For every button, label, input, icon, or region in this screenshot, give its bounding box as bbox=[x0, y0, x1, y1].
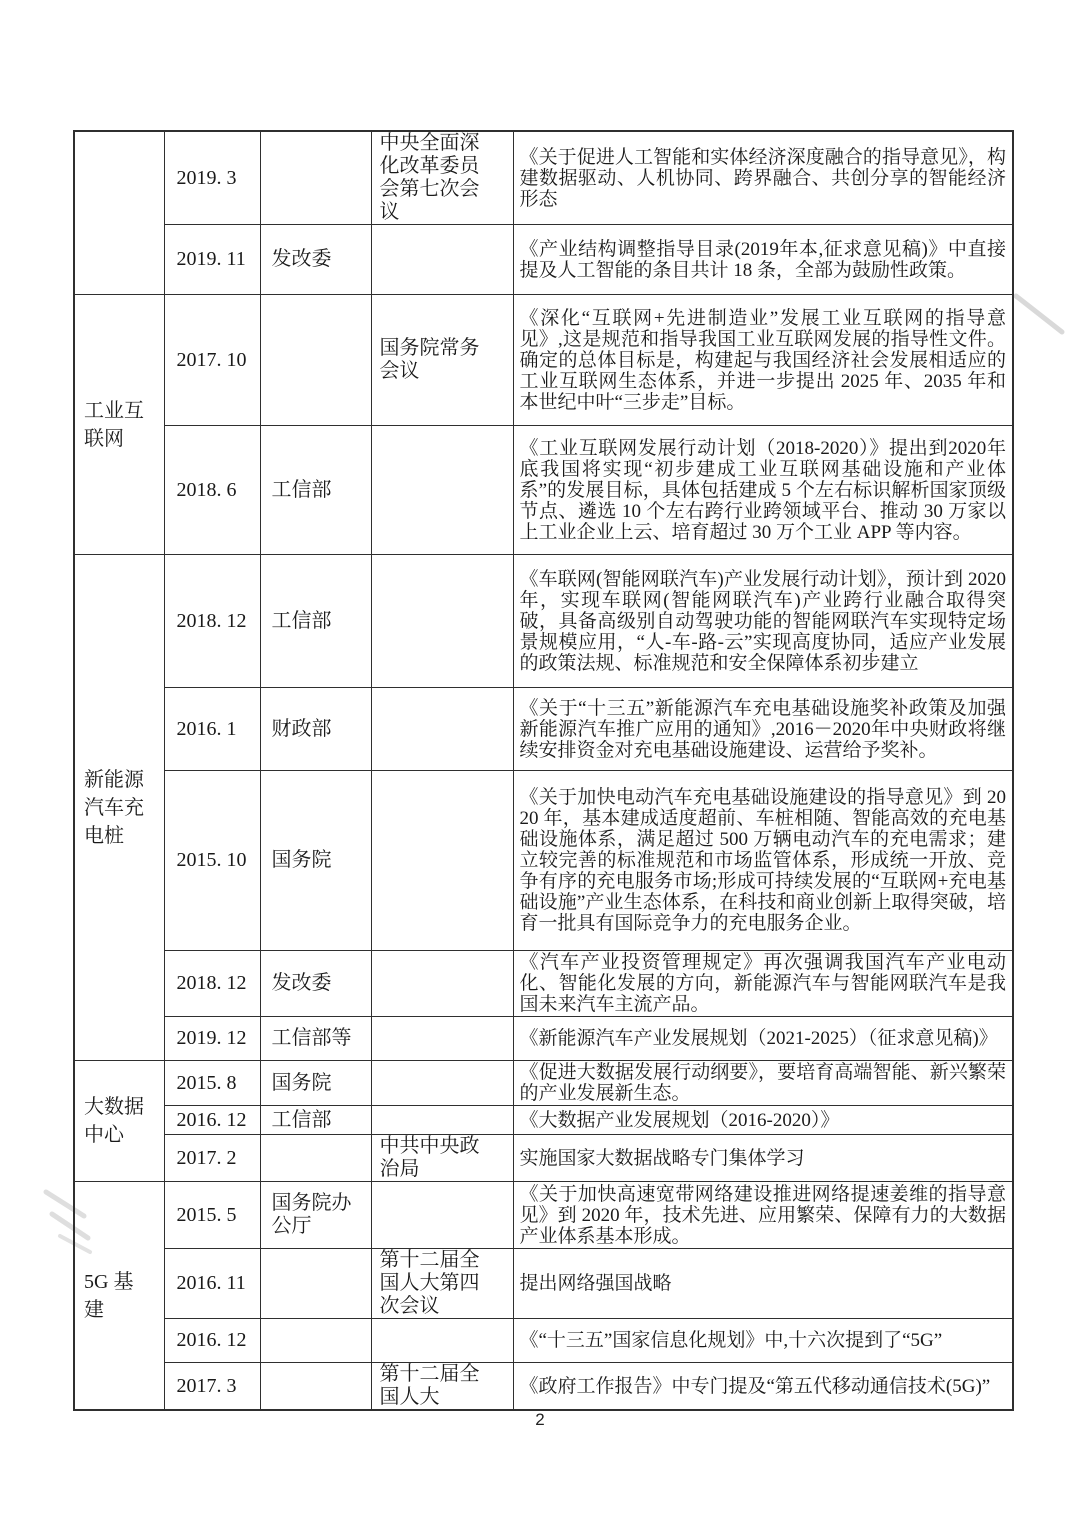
description-cell: 《关于促进人工智能和实体经济深度融合的指导意见》，构建数据驱动、人机协同、跨界融… bbox=[513, 131, 1013, 225]
agency-cell bbox=[260, 1363, 371, 1411]
agency-cell bbox=[260, 131, 371, 225]
meeting-cell bbox=[371, 1061, 513, 1106]
agency-cell: 工信部 bbox=[260, 555, 371, 688]
date-cell: 2019. 12 bbox=[164, 1017, 260, 1061]
meeting-cell bbox=[371, 1106, 513, 1135]
meeting-cell bbox=[371, 951, 513, 1017]
date-cell: 2016. 12 bbox=[164, 1319, 260, 1363]
date-cell: 2015. 8 bbox=[164, 1061, 260, 1106]
agency-cell: 国务院 bbox=[260, 771, 371, 951]
category-cell: 新能源 汽车充 电桩 bbox=[74, 555, 164, 1061]
description-cell: 提出网络强国战略 bbox=[513, 1249, 1013, 1319]
date-cell: 2015. 10 bbox=[164, 771, 260, 951]
date-cell: 2015. 5 bbox=[164, 1182, 260, 1249]
description-cell: 《政府工作报告》中专门提及“第五代移动通信技术(5G)” bbox=[513, 1363, 1013, 1411]
meeting-cell: 中央全面深 化改革委员 会第七次会 议 bbox=[371, 131, 513, 225]
agency-cell bbox=[260, 295, 371, 426]
description-cell: 《关于加快电动汽车充电基础设施建设的指导意见》到 2020 年，基本建成适度超前… bbox=[513, 771, 1013, 951]
description-cell: 《关于“十三五”新能源汽车充电基础设施奖补政策及加强新能源汽车推广应用的通知》,… bbox=[513, 688, 1013, 771]
table-row: 2016. 1 财政部 《关于“十三五”新能源汽车充电基础设施奖补政策及加强新能… bbox=[74, 688, 1013, 771]
meeting-cell bbox=[371, 1017, 513, 1061]
table-row: 2019. 12 工信部等 《新能源汽车产业发展规划（2021-2025）（征求… bbox=[74, 1017, 1013, 1061]
description-cell: 《关于加快高速宽带网络建设推进网络提速姜维的指导意见》到 2020 年，技术先进… bbox=[513, 1182, 1013, 1249]
policy-table: 2019. 3 中央全面深 化改革委员 会第七次会 议 《关于促进人工智能和实体… bbox=[73, 130, 1014, 1411]
description-cell: 《“十三五”国家信息化规划》中,十六次提到了“5G” bbox=[513, 1319, 1013, 1363]
date-cell: 2017. 3 bbox=[164, 1363, 260, 1411]
page-number: 2 bbox=[0, 1410, 1080, 1430]
agency-cell: 发改委 bbox=[260, 225, 371, 295]
table-row: 2018. 12 发改委 《汽车产业投资管理规定》再次强调我国汽车产业电动化、智… bbox=[74, 951, 1013, 1017]
table-row: 2019. 3 中央全面深 化改革委员 会第七次会 议 《关于促进人工智能和实体… bbox=[74, 131, 1013, 225]
meeting-cell: 第十二届全 国人大第四 次会议 bbox=[371, 1249, 513, 1319]
table-row: 2016. 11 第十二届全 国人大第四 次会议 提出网络强国战略 bbox=[74, 1249, 1013, 1319]
meeting-cell bbox=[371, 1182, 513, 1249]
table-row: 2018. 6 工信部 《工业互联网发展行动计划（2018-2020）》提出到2… bbox=[74, 426, 1013, 555]
agency-cell: 工信部等 bbox=[260, 1017, 371, 1061]
meeting-cell: 中共中央政 治局 bbox=[371, 1135, 513, 1182]
agency-cell: 财政部 bbox=[260, 688, 371, 771]
description-cell: 实施国家大数据战略专门集体学习 bbox=[513, 1135, 1013, 1182]
date-cell: 2019. 11 bbox=[164, 225, 260, 295]
agency-cell bbox=[260, 1135, 371, 1182]
table-row: 工业互 联网 2017. 10 国务院常务 会议 《深化“互联网+先进制造业”发… bbox=[74, 295, 1013, 426]
table-row: 2015. 10 国务院 《关于加快电动汽车充电基础设施建设的指导意见》到 20… bbox=[74, 771, 1013, 951]
date-cell: 2017. 2 bbox=[164, 1135, 260, 1182]
agency-cell: 工信部 bbox=[260, 1106, 371, 1135]
description-cell: 《促进大数据发展行动纲要》，要培育高端智能、新兴繁荣的产业发展新生态。 bbox=[513, 1061, 1013, 1106]
meeting-cell bbox=[371, 688, 513, 771]
table-row: 2017. 2 中共中央政 治局 实施国家大数据战略专门集体学习 bbox=[74, 1135, 1013, 1182]
table-row: 新能源 汽车充 电桩 2018. 12 工信部 《车联网(智能网联汽车)产业发展… bbox=[74, 555, 1013, 688]
date-cell: 2016. 11 bbox=[164, 1249, 260, 1319]
date-cell: 2016. 12 bbox=[164, 1106, 260, 1135]
description-cell: 《工业互联网发展行动计划（2018-2020）》提出到2020年底我国将实现“初… bbox=[513, 426, 1013, 555]
table-row: 大数据 中心 2015. 8 国务院 《促进大数据发展行动纲要》，要培育高端智能… bbox=[74, 1061, 1013, 1106]
description-cell: 《大数据产业发展规划（2016-2020）》 bbox=[513, 1106, 1013, 1135]
table-row: 2016. 12 《“十三五”国家信息化规划》中,十六次提到了“5G” bbox=[74, 1319, 1013, 1363]
meeting-cell bbox=[371, 555, 513, 688]
description-cell: 《产业结构调整指导目录(2019年本,征求意见稿)》中直接提及人工智能的条目共计… bbox=[513, 225, 1013, 295]
description-cell: 《车联网(智能网联汽车)产业发展行动计划》，预计到 2020 年，实现车联网(智… bbox=[513, 555, 1013, 688]
agency-cell: 国务院办 公厅 bbox=[260, 1182, 371, 1249]
description-cell: 《深化“互联网+先进制造业”发展工业互联网的指导意见》,这是规范和指导我国工业互… bbox=[513, 295, 1013, 426]
date-cell: 2018. 6 bbox=[164, 426, 260, 555]
table-row: 2017. 3 第十二届全 国人大 《政府工作报告》中专门提及“第五代移动通信技… bbox=[74, 1363, 1013, 1411]
category-cell: 5G 基 建 bbox=[74, 1182, 164, 1411]
category-cell: 大数据 中心 bbox=[74, 1061, 164, 1182]
category-cell bbox=[74, 131, 164, 295]
date-cell: 2019. 3 bbox=[164, 131, 260, 225]
meeting-cell: 国务院常务 会议 bbox=[371, 295, 513, 426]
meeting-cell: 第十二届全 国人大 bbox=[371, 1363, 513, 1411]
table-row: 5G 基 建 2015. 5 国务院办 公厅 《关于加快高速宽带网络建设推进网络… bbox=[74, 1182, 1013, 1249]
agency-cell bbox=[260, 1319, 371, 1363]
date-cell: 2017. 10 bbox=[164, 295, 260, 426]
description-cell: 《汽车产业投资管理规定》再次强调我国汽车产业电动化、智能化发展的方向，新能源汽车… bbox=[513, 951, 1013, 1017]
category-cell: 工业互 联网 bbox=[74, 295, 164, 555]
table-row: 2016. 12 工信部 《大数据产业发展规划（2016-2020）》 bbox=[74, 1106, 1013, 1135]
agency-cell bbox=[260, 1249, 371, 1319]
meeting-cell bbox=[371, 225, 513, 295]
date-cell: 2018. 12 bbox=[164, 555, 260, 688]
table-row: 2019. 11 发改委 《产业结构调整指导目录(2019年本,征求意见稿)》中… bbox=[74, 225, 1013, 295]
meeting-cell bbox=[371, 771, 513, 951]
date-cell: 2016. 1 bbox=[164, 688, 260, 771]
agency-cell: 发改委 bbox=[260, 951, 371, 1017]
agency-cell: 国务院 bbox=[260, 1061, 371, 1106]
meeting-cell bbox=[371, 426, 513, 555]
agency-cell: 工信部 bbox=[260, 426, 371, 555]
description-cell: 《新能源汽车产业发展规划（2021-2025）（征求意见稿)》 bbox=[513, 1017, 1013, 1061]
meeting-cell bbox=[371, 1319, 513, 1363]
date-cell: 2018. 12 bbox=[164, 951, 260, 1017]
